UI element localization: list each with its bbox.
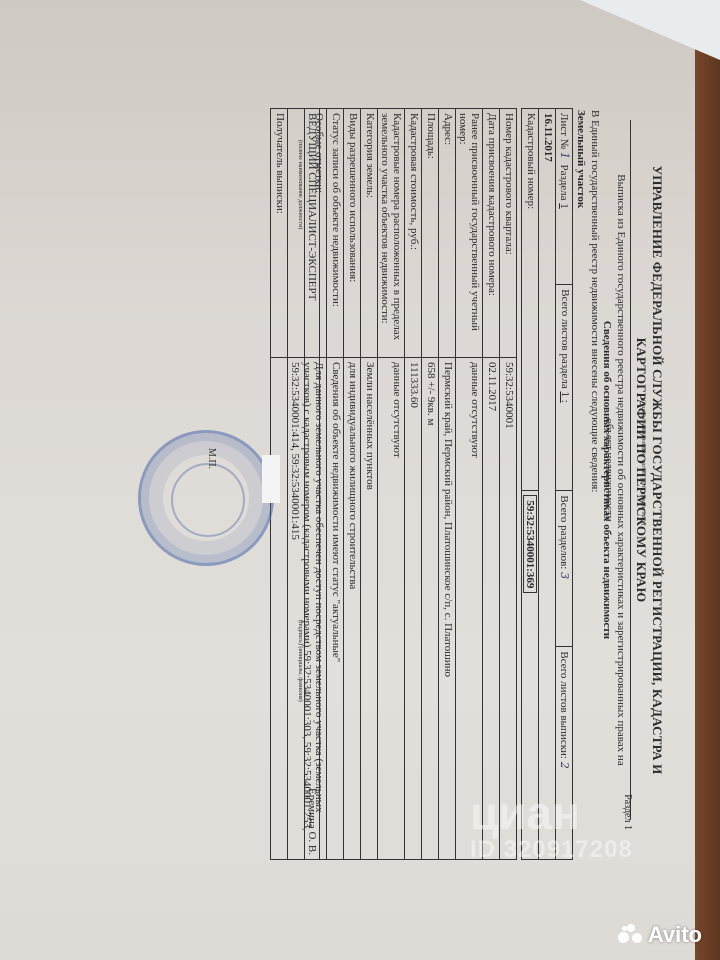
cadastral-extract-document: УПРАВЛЕНИЕ ФЕДЕРАЛЬНОЙ СЛУЖБЫ ГОСУДАРСТВ… xyxy=(245,100,665,890)
intro-text: В Единый государственный реестр недвижим… xyxy=(589,110,601,492)
stamp-emblem xyxy=(171,463,245,537)
property-table: Лист № 1 Раздела 1 Всего листов раздела … xyxy=(521,108,573,860)
row-label: Дата присвоения кадастрового номера: xyxy=(483,109,500,358)
total-extract-sheets-label: Всего листов выписки: xyxy=(558,651,570,759)
total-section-sheets-label: Всего листов раздела xyxy=(559,289,571,388)
table-row: Адрес:Пермский край, Пермский район, Пла… xyxy=(439,109,456,860)
row-value: данные отсутствуют xyxy=(456,358,483,860)
signer-row: ВЕДУЩИЙ СПЕЦИАЛИСТ-ЭКСПЕРТ Еремина О. В. xyxy=(304,108,320,860)
row-value: Сведения об объекте недвижимости имеют с… xyxy=(327,358,344,860)
date-cell: 16.11.2017 xyxy=(539,109,556,860)
row-label: Ранее присвоенный государственный учетны… xyxy=(456,109,483,358)
row-value xyxy=(271,358,288,860)
extract-date: 16.11.2017 xyxy=(542,113,554,162)
row-label: Получатель выписки: xyxy=(271,109,288,358)
sheet-number-cell: Лист № 1 Раздела 1 xyxy=(556,109,573,285)
cadastral-number-label: Кадастровый номер: xyxy=(522,109,539,491)
row-label: Площадь: xyxy=(422,109,439,358)
total-sections-cell: Всего разделов: 3 xyxy=(556,491,573,647)
table-row: Категория земель:Земли населённых пункто… xyxy=(361,109,378,860)
total-extract-sheets-value: 2 xyxy=(558,762,571,769)
section-no-value: 1 xyxy=(558,203,570,209)
cian-watermark: циан ID 320917208 xyxy=(470,790,633,864)
row-label: Кадастровая стоимость, руб.: xyxy=(405,109,422,358)
row-value: данные отсутствуют xyxy=(378,358,405,860)
official-seal-stamp: М.П. xyxy=(138,430,274,566)
cadastral-number-value: 59:32:5340001:369 xyxy=(523,495,537,593)
row-label: Статус записи об объекте недвижимости: xyxy=(327,109,344,358)
table-row: Виды разрешенного использования:для инди… xyxy=(344,109,361,860)
signer-position-caption: (полное наименование должности) xyxy=(297,140,303,229)
avito-logo-icon xyxy=(618,924,644,946)
row-label: Адрес: xyxy=(439,109,456,358)
cadastral-number-row: Кадастровый номер: 59:32:5340001:369 xyxy=(522,109,539,860)
stamp-label: М.П. xyxy=(206,448,217,469)
agency-caption: (полное наименование органа регистрации … xyxy=(640,400,646,525)
row-label: Категория земель: xyxy=(361,109,378,358)
object-type: Земельный участок xyxy=(575,110,587,208)
section-no-label: Раздела xyxy=(558,165,570,201)
sheet-info-row: Лист № 1 Раздела 1 Всего листов раздела … xyxy=(556,109,573,860)
row-value: 658 +/- 9кв. м xyxy=(422,358,439,860)
table-row: Дата присвоения кадастрового номера:02.1… xyxy=(483,109,500,860)
table-row: Ранее присвоенный государственный учетны… xyxy=(456,109,483,860)
row-value: 59:32:5340001 xyxy=(500,358,517,860)
table-row: Статус записи об объекте недвижимости:Св… xyxy=(327,109,344,860)
cian-brand: циан xyxy=(470,790,633,836)
row-label: Номер кадастрового квартала: xyxy=(500,109,517,358)
row-value: 02.11.2017 xyxy=(483,358,500,860)
total-section-sheets-value: 1 : xyxy=(559,392,571,403)
agency-title: УПРАВЛЕНИЕ ФЕДЕРАЛЬНОЙ СЛУЖБЫ ГОСУДАРСТВ… xyxy=(630,120,665,820)
sheet-no-value: 1 xyxy=(558,152,571,159)
table-row: Номер кадастрового квартала:59:32:534000… xyxy=(500,109,517,860)
table-row: Кадастровые номера расположенных в преде… xyxy=(378,109,405,860)
date-row: 16.11.2017 xyxy=(539,109,556,860)
extract-subtitle: Сведения об основных характеристиках объ… xyxy=(601,200,613,760)
avito-label: Avito xyxy=(648,922,702,948)
table-row: Кадастровая стоимость, руб.:111333.60 xyxy=(405,109,422,860)
signer-name: Еремина О. В. xyxy=(306,788,318,855)
signer-position: ВЕДУЩИЙ СПЕЦИАЛИСТ-ЭКСПЕРТ xyxy=(306,113,318,300)
avito-watermark: Avito xyxy=(618,922,702,948)
total-section-sheets-cell: Всего листов раздела 1 : xyxy=(556,285,573,491)
row-value: Пермский край, Пермский район, Платошинс… xyxy=(439,358,456,860)
table-row: Площадь:658 +/- 9кв. м xyxy=(422,109,439,860)
row-label: Виды разрешенного использования: xyxy=(344,109,361,358)
row-value: Земли населённых пунктов xyxy=(361,358,378,860)
redaction-patch xyxy=(262,455,280,503)
total-sections-label: Всего разделов: xyxy=(558,495,570,569)
signature-caption: (подпись) (инициалы, фамилия) xyxy=(297,620,303,702)
sheet-no-label: Лист № xyxy=(558,113,570,149)
cian-listing-id: ID 320917208 xyxy=(470,836,633,864)
row-label: Кадастровые номера расположенных в преде… xyxy=(378,109,405,358)
total-sections-value: 3 xyxy=(558,572,571,579)
row-value: для индивидуального жилищного строительс… xyxy=(344,358,361,860)
row-value: 111333.60 xyxy=(405,358,422,860)
